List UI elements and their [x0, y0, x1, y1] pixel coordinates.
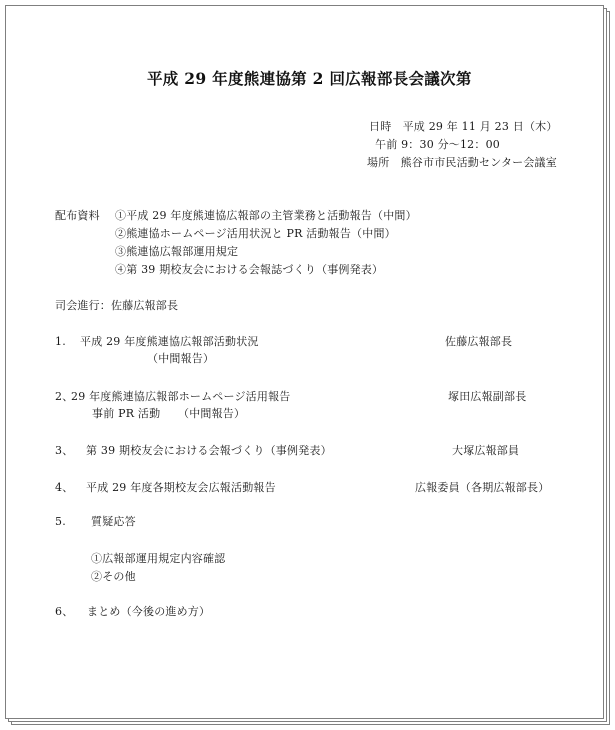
agenda-text: 平成 29 年度各期校友会広報活動報告 [86, 481, 276, 495]
agenda-number: 3、 [55, 444, 73, 458]
agenda-subtext: 事前 PR 活動 [92, 407, 160, 421]
materials-label: 配布資料 [55, 209, 100, 223]
document-title: 平成 29 年度熊連協第 2 回広報部長会議次第 [147, 69, 472, 89]
moderator: 司会進行：佐藤広報部長 [55, 299, 178, 313]
agenda-subitem: ②その他 [91, 570, 136, 584]
agenda-text: 29 年度熊連協広報部ホームページ活用報告 [71, 390, 290, 404]
material-item: ①平成 29 年度熊連協広報部の主管業務と活動報告（中間） [115, 209, 417, 223]
agenda-number: 6、 [55, 605, 73, 619]
material-item: ②熊連協ホームページ活用状況と PR 活動報告（中間） [115, 227, 396, 241]
meeting-datetime: 日時 平成 29 年 11 月 23 日（木） [369, 120, 558, 134]
material-item: ③熊連協広報部運用規定 [115, 245, 238, 259]
agenda-presenter: 塚田広報副部長 [448, 390, 526, 404]
material-item: ④第 39 期校友会における会報誌づくり（事例発表） [115, 263, 383, 277]
meeting-place: 場所 熊谷市市民活動センター会議室 [367, 156, 557, 170]
agenda-number: 5. [55, 515, 66, 529]
agenda-text: 平成 29 年度熊連協広報部活動状況 [80, 335, 259, 349]
agenda-presenter: 大塚広報部員 [452, 444, 519, 458]
agenda-text: まとめ（今後の進め方） [87, 605, 210, 619]
agenda-number: 4、 [55, 481, 73, 495]
meeting-time: 午前 9：30 分〜12：00 [375, 138, 500, 152]
agenda-text: 質疑応答 [91, 515, 136, 529]
agenda-subitem: ①広報部運用規定内容確認 [91, 552, 225, 566]
agenda-number: 1. [55, 335, 66, 349]
agenda-presenter: 佐藤広報部長 [445, 335, 512, 349]
agenda-text: 第 39 期校友会における会報づくり（事例発表） [86, 444, 332, 458]
agenda-subtext: （中間報告） [147, 352, 214, 366]
agenda-presenter: 広報委員（各期広報部長） [415, 481, 549, 495]
agenda-subtext: （中間報告） [178, 407, 245, 421]
